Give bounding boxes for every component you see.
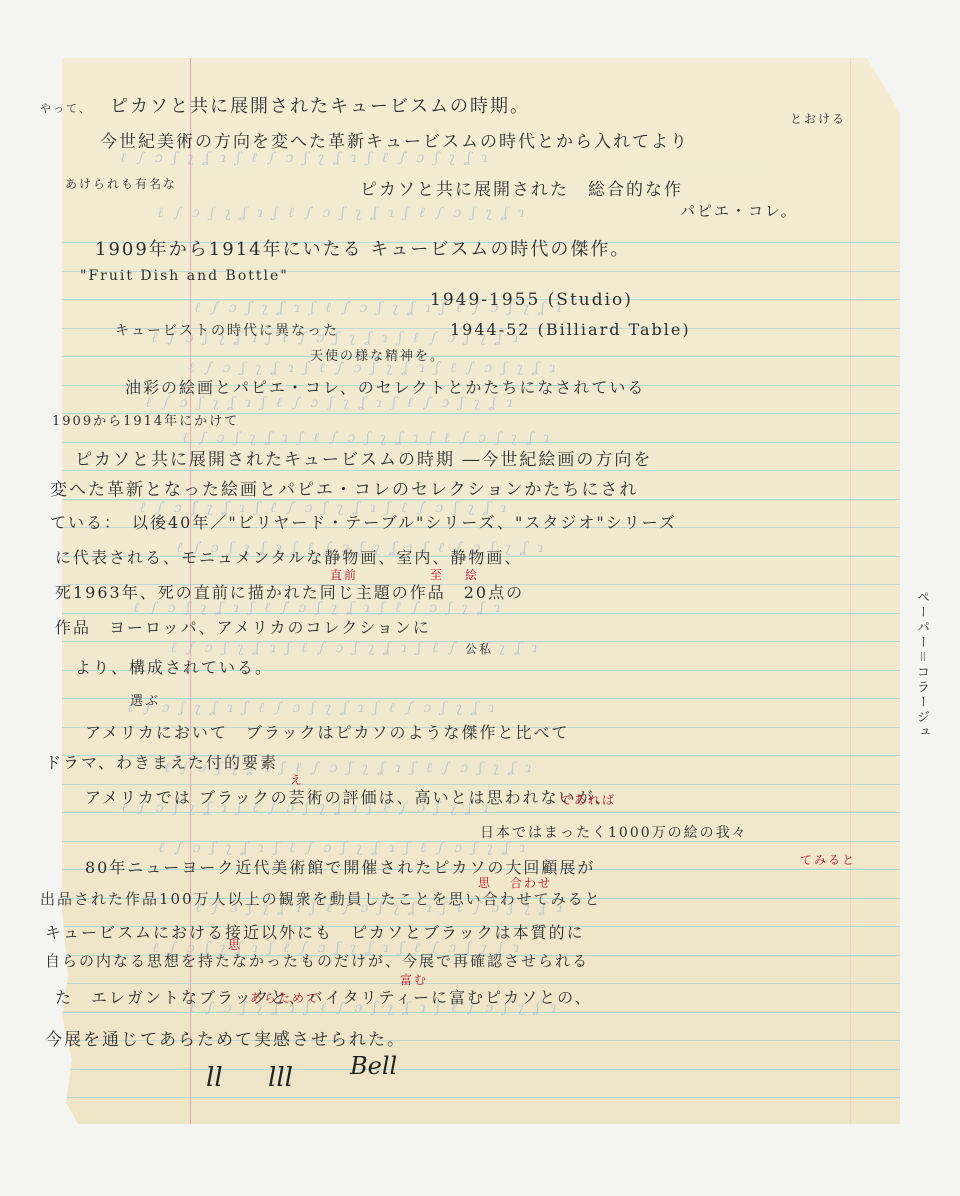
manuscript-line: ドラマ、わきまえた付的要素 (45, 750, 278, 773)
red-correction: であれば (560, 791, 616, 808)
ruled-line (62, 983, 900, 984)
right-margin-line (850, 58, 851, 1124)
manuscript-line: 作品 ヨーロッパ、アメリカのコレクションに (55, 615, 431, 638)
manuscript-line: アメリカにおいて ブラックはピカソのような傑作と比べて (85, 720, 570, 743)
erased-text: ℓ ∫ ɔ ʃ ʅ ʆ ɿ ʃ ℓ ∫ ɔ ʃ ʅ ʆ ɿ ʃ ℓ ∫ ɔ ʃ … (118, 150, 492, 167)
manuscript-line: より、構成されている。 (75, 655, 273, 678)
manuscript-line: 出品された作品100万人以上の観衆を動員したことを思い合わせてみると (40, 888, 602, 909)
erased-text: ℓ ∫ ɔ ʃ ʅ ʆ ɿ ʃ ℓ ∫ ɔ ʃ ʅ ʆ ɿ ʃ ℓ ∫ ɔ ʃ … (155, 205, 529, 222)
red-correction: 直前 (330, 566, 358, 583)
ruled-line (62, 356, 900, 357)
signature-scribble: lll (268, 1063, 293, 1093)
manuscript-line: 天使の様な精神を。 (310, 345, 445, 364)
manuscript-line: キュービスムにおける接近以外にも ピカソとブラックは本質的に (45, 920, 585, 943)
red-correction: え (290, 771, 304, 788)
manuscript-line: "Fruit Dish and Bottle" (80, 268, 289, 284)
signature-scribble: ll (206, 1063, 223, 1093)
manuscript-line: 選ぶ (130, 690, 160, 709)
signature-scribble: Bell (350, 1052, 397, 1080)
ruled-line (62, 698, 900, 699)
ruled-line (62, 1069, 900, 1070)
manuscript-line: ピカソと共に展開されたキュービスムの時期。 (110, 92, 530, 118)
manuscript-line: 公私 (465, 640, 493, 657)
manuscript-line: ている： 以後40年／"ビリヤード・テーブル"シリーズ、"スタジオ"シリーズ (50, 510, 677, 533)
manuscript-line: キュービストの時代に異なった (115, 320, 339, 340)
manuscript-line: 1909年から1914年にいたる キュービスムの時代の傑作。 (95, 235, 630, 261)
manuscript-line: やって、 (40, 100, 92, 116)
ruled-line (62, 1097, 900, 1098)
manuscript-line: 日本ではまったく1000万の絵の我々 (480, 822, 748, 842)
margin-note-vertical: ペーパー＝コラージュ (912, 590, 931, 740)
red-correction: 富む (400, 971, 428, 988)
erased-text: ℓ ∫ ɔ ʃ ʅ ʆ ɿ ʃ ℓ ∫ ɔ ʃ ʅ ʆ ɿ ʃ ℓ ∫ ɔ ʃ … (125, 700, 499, 717)
manuscript-line: とおける (790, 110, 846, 127)
red-correction: てみると (800, 851, 856, 868)
manuscript-line: あけられも有名な (65, 175, 177, 192)
manuscript-line: アメリカでは ブラックの芸術の評価は、高いとは思われないが、 (85, 785, 613, 808)
ruled-line (62, 470, 900, 471)
manuscript-line: 今展を通じてあらためて実感させられた。 (45, 1025, 406, 1050)
manuscript-line: 油彩の絵画とパピエ・コレ、のセレクトとかたちになされている (125, 375, 645, 398)
manuscript-line: た エレガントなブラックと、バイタリティーに富むピカソとの、 (55, 985, 592, 1008)
red-correction: 思 (228, 936, 242, 953)
red-correction: 合わせ (510, 874, 552, 891)
red-correction: あらためて (250, 989, 320, 1006)
manuscript-line: ピカソと共に展開された 総合的な作 (360, 175, 683, 200)
red-correction: 至 (430, 566, 444, 583)
manuscript-line: 今世紀美術の方向を変へた革新キュービスムの時代とから入れてより (100, 127, 689, 152)
manuscript-line: 1949-1955 (Studio) (430, 290, 633, 310)
manuscript-line: に代表される、モニュメンタルな静物画、室内、静物画、 (55, 545, 522, 568)
manuscript-line: ピカソと共に展開されたキュービスムの時期 ―今世紀絵画の方向を (75, 445, 652, 470)
manuscript-line: 1909から1914年にかけて (52, 410, 239, 429)
red-correction: 思 (478, 874, 492, 891)
manuscript-line: 死1963年、死の直前に描かれた同じ主題の作品 20点の (55, 580, 524, 603)
manuscript-line: 変へた革新となった絵画とパピエ・コレのセレクションかたちにされ (50, 475, 638, 500)
manuscript-line: 1944-52 (Billiard Table) (450, 320, 691, 339)
red-correction: 絵 (465, 566, 479, 583)
manuscript-line: 自らの内なる思想を持たなかったものだけが、今展で再確認させられる (45, 950, 589, 971)
manuscript-line: パピエ・コレ。 (680, 200, 798, 221)
